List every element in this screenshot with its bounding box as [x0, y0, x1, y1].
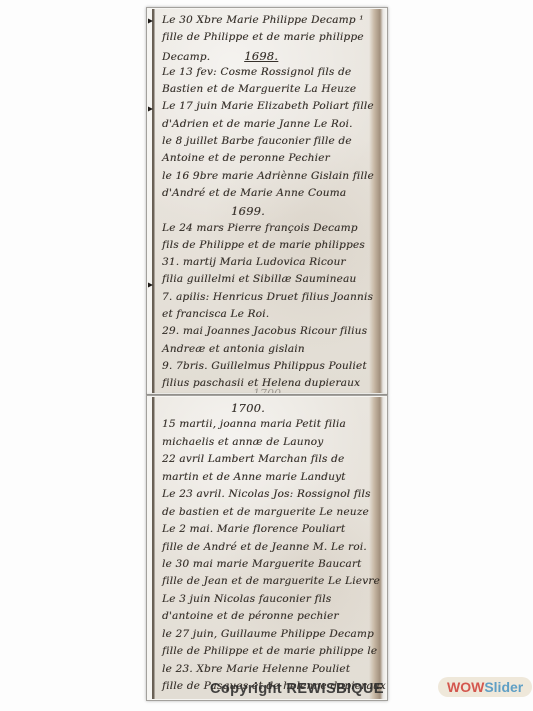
manuscript-line: le 30 mai marie Marguerite Baucart — [162, 558, 368, 575]
manuscript-line: le 16 9bre marie Adriènne Gislain fille — [162, 170, 368, 187]
year-heading: 1698. — [244, 49, 278, 63]
manuscript-line: fille de Jean et de marguerite Le Lievre — [162, 575, 368, 592]
scan-page-top: Le 30 Xbre Marie Philippe Decamp ¹fille … — [146, 7, 388, 395]
manuscript-line: fille de André et de Jeanne M. Le roi. — [162, 541, 368, 558]
manuscript-paper-bottom: 1700.15 martii, joanna maria Petit filia… — [148, 397, 386, 699]
manuscript-line: Bastien et de Marguerite La Heuze — [162, 83, 368, 100]
manuscript-line: 1699. — [162, 204, 368, 221]
manuscript-line: 7. apilis: Henricus Druet filius Joannis — [162, 291, 368, 308]
manuscript-line: d'antoine et de péronne pechier — [162, 610, 368, 627]
manuscript-line: michaelis et annæ de Launoy — [162, 436, 368, 453]
wowslider-badge-link[interactable]: WOWSlider — [438, 677, 532, 697]
manuscript-line: martin et de Anne marie Landuyt — [162, 471, 368, 488]
manuscript-line: fille de Philippe et de marie philippe — [162, 31, 368, 48]
manuscript-line: 29. mai Joannes Jacobus Ricour filius — [162, 325, 368, 342]
manuscript-line: Le 3 juin Nicolas fauconier fils — [162, 593, 368, 610]
manuscript-line: le 27 juin, Guillaume Philippe Decamp — [162, 628, 368, 645]
clipped-line: 1700 — [148, 387, 386, 393]
manuscript-line: Le 23 avril. Nicolas Jos: Rossignol fils — [162, 488, 368, 505]
slider-stage: Le 30 Xbre Marie Philippe Decamp ¹fille … — [0, 0, 533, 711]
manuscript-line: 15 martii, joanna maria Petit filia — [162, 418, 368, 435]
margin-arrow-icon — [148, 18, 153, 24]
manuscript-line: Le 2 mai. Marie florence Pouliart — [162, 523, 368, 540]
manuscript-line: Antoine et de peronne Pechier — [162, 152, 368, 169]
manuscript-line: de bastien et de marguerite Le neuze — [162, 506, 368, 523]
wowslider-badge-wow: WOW — [447, 679, 484, 695]
manuscript-line: Andreæ et antonia gislain — [162, 343, 368, 360]
manuscript-line: Decamp.1698. — [162, 49, 368, 66]
manuscript-line: et francisca Le Roi. — [162, 308, 368, 325]
manuscript-text-top: Le 30 Xbre Marie Philippe Decamp ¹fille … — [162, 9, 368, 393]
manuscript-line: d'André et de Marie Anne Couma — [162, 187, 368, 204]
manuscript-line: fille de Philippe et de marie philippe l… — [162, 645, 368, 662]
manuscript-paper-top: Le 30 Xbre Marie Philippe Decamp ¹fille … — [148, 9, 386, 393]
margin-arrow-icon — [148, 106, 153, 112]
margin-arrow-icon — [148, 282, 153, 288]
manuscript-line: fils de Philippe et de marie philippes — [162, 239, 368, 256]
wowslider-badge-slider: Slider — [484, 679, 523, 695]
manuscript-line: Le 17 juin Marie Elizabeth Poliart fille — [162, 100, 368, 117]
manuscript-line: 31. martij Maria Ludovica Ricour — [162, 256, 368, 273]
manuscript-line: 22 avril Lambert Marchan fils de — [162, 453, 368, 470]
manuscript-line: le 8 juillet Barbe fauconier fille de — [162, 135, 368, 152]
manuscript-text-bottom: 1700.15 martii, joanna maria Petit filia… — [162, 397, 368, 697]
manuscript-line: 9. 7bris. Guillelmus Philippus Pouliet — [162, 360, 368, 377]
manuscript-line: filia guillelmi et Sibillæ Saumineau — [162, 273, 368, 290]
manuscript-line: le 23. Xbre Marie Helenne Pouliet — [162, 663, 368, 680]
copyright-watermark: Copyright REWISBIQUE — [210, 681, 384, 697]
manuscript-line: Le 30 Xbre Marie Philippe Decamp ¹ — [162, 14, 368, 31]
manuscript-line: 1700. — [162, 401, 368, 418]
manuscript-line: Le 24 mars Pierre françois Decamp — [162, 222, 368, 239]
manuscript-line: Le 13 fev: Cosme Rossignol fils de — [162, 66, 368, 83]
scan-page-bottom: 1700.15 martii, joanna maria Petit filia… — [146, 395, 388, 701]
manuscript-line: d'Adrien et de marie Janne Le Roi. — [162, 118, 368, 135]
